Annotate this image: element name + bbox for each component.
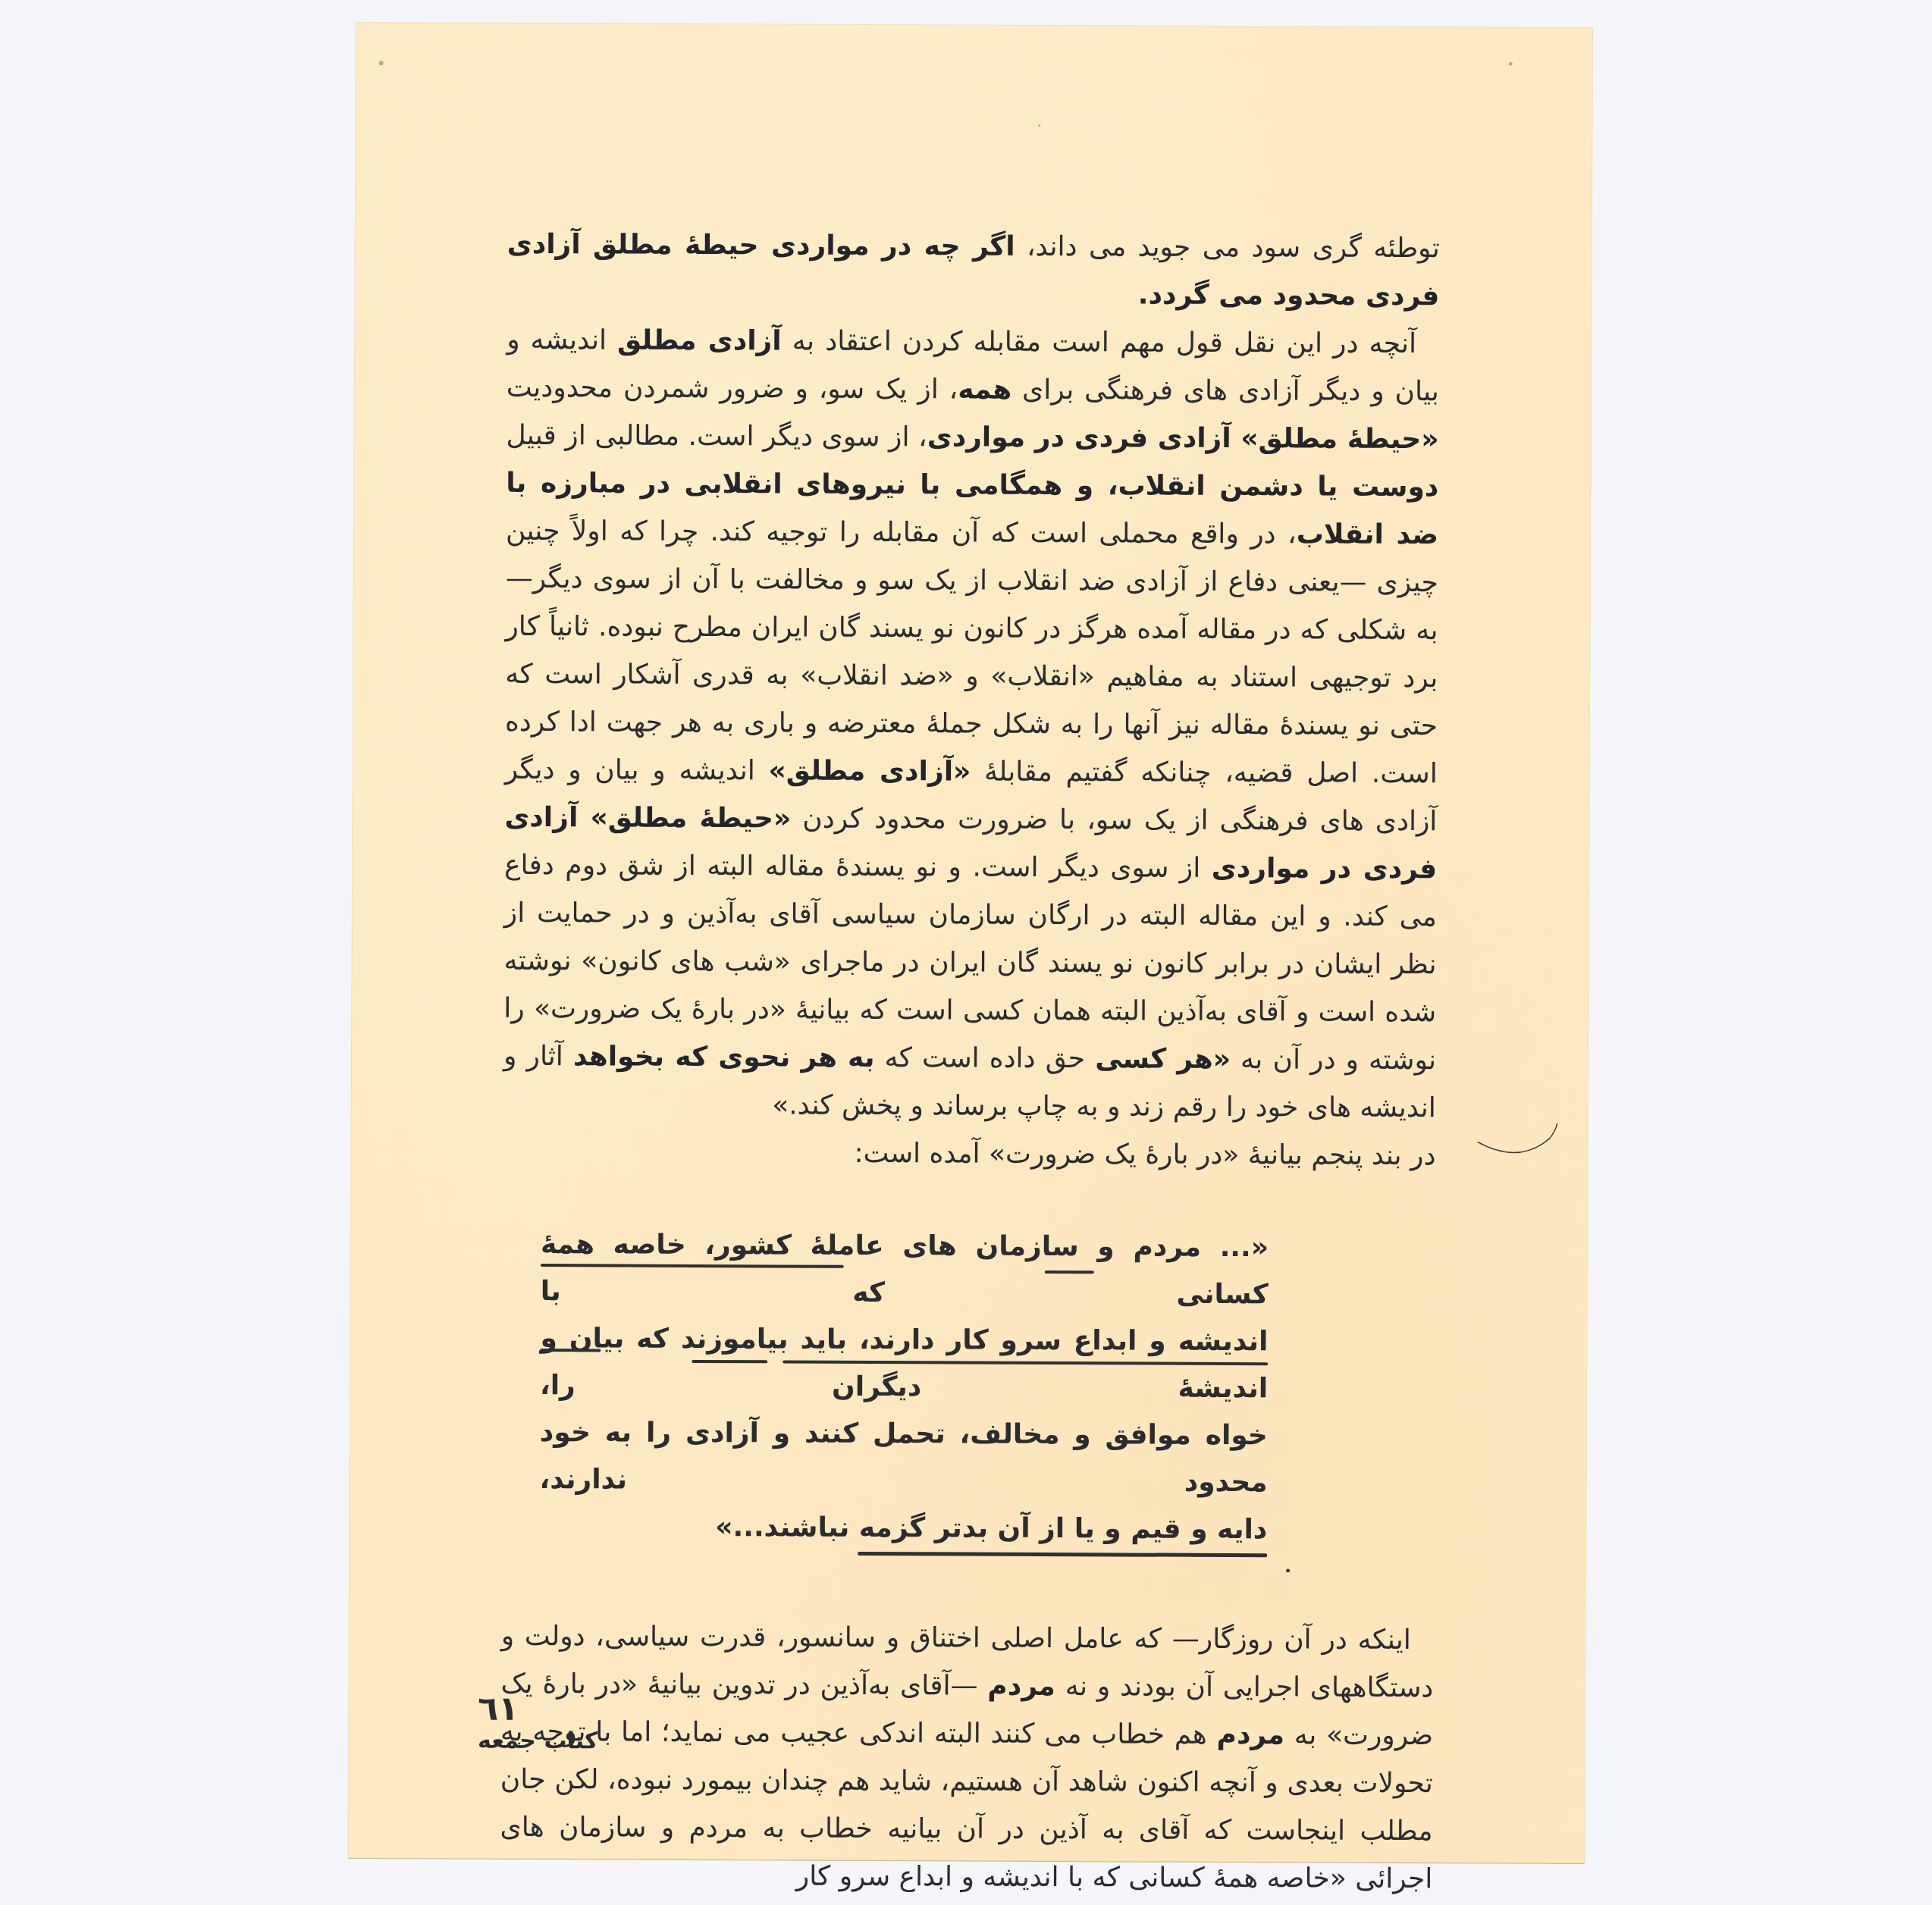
bold-run: همه bbox=[958, 374, 1011, 405]
paragraph-3: اینکه در آن روزگار— که عامل اصلی اختناق … bbox=[500, 1612, 1434, 1903]
bold-run: مردم bbox=[1216, 1719, 1284, 1750]
text-run: ، از یک سو، و ضرور شمردن محدودیت bbox=[507, 372, 958, 406]
quote-line-4: دایه و قیم و یا از آن بدتر گزمه نباشند..… bbox=[539, 1503, 1267, 1553]
bold-run: «آزادی مطلق» bbox=[768, 755, 971, 787]
text-run: ، از سوی دیگر است. مطالبی از قبیل bbox=[507, 420, 927, 453]
bold-run: «هر کسی bbox=[1095, 1043, 1231, 1075]
paragraph-2: آنچه در این نقل قول مهم است مقابله کردن … bbox=[503, 316, 1440, 1132]
publication-title: کتاب جمعه bbox=[478, 1728, 598, 1756]
hand-underline bbox=[1045, 1271, 1094, 1274]
stray-dot-mark bbox=[501, 1550, 1434, 1600]
bold-run: «حیطهٔ مطلق» آزادی فردی در مواردی bbox=[927, 421, 1439, 455]
hand-underline bbox=[783, 1360, 1268, 1365]
bold-run: به هر نحوی که بخواهد bbox=[573, 1041, 875, 1073]
hair-fiber-mark bbox=[1473, 1119, 1564, 1165]
text-run: آنچه در این نقل قول مهم است مقابله کردن … bbox=[782, 325, 1417, 359]
paragraph-1-lead: توطئه گری سود می جوید می داند، bbox=[1015, 231, 1440, 264]
page-footer: ٦١ کتاب جمعه bbox=[478, 1691, 598, 1756]
text-run: ، در واقع محملی است که آن مقابله را توجی… bbox=[505, 515, 1438, 789]
block-quote: «... مردم و سازمان های عاملهٔ کشور، خاصه… bbox=[539, 1221, 1269, 1553]
quote-line-2: اندیشه و ابداع سرو کار دارند، باید بیامو… bbox=[540, 1315, 1269, 1412]
hand-underline bbox=[541, 1264, 844, 1268]
page-body: توطئه گری سود می جوید می داند، اگر چه در… bbox=[500, 221, 1440, 1903]
page-number: ٦١ bbox=[478, 1691, 598, 1728]
text-run: حق داده است که bbox=[874, 1042, 1095, 1074]
quote-line-text: «... مردم و سازمان های عاملهٔ کشور، خاصه… bbox=[541, 1229, 1269, 1310]
quote-line-text: دایه و قیم و یا از آن بدتر گزمه نباشند..… bbox=[715, 1512, 1267, 1545]
paper-speck bbox=[1509, 62, 1513, 66]
quote-line-text: خواه موافق و مخالف، تحمل کنند و آزادی را… bbox=[540, 1417, 1268, 1498]
paragraph-1: توطئه گری سود می جوید می داند، اگر چه در… bbox=[507, 221, 1440, 320]
paper-speck bbox=[379, 61, 384, 65]
hand-underline bbox=[540, 1349, 601, 1352]
quote-intro: در بند پنجم بیانیهٔ «در بارهٔ یک ضرورت» … bbox=[503, 1128, 1435, 1180]
scanned-page: توطئه گری سود می جوید می داند، اگر چه در… bbox=[348, 23, 1592, 1863]
paper-speck bbox=[1038, 124, 1040, 127]
quote-line-3: خواه موافق و مخالف، تحمل کنند و آزادی را… bbox=[539, 1409, 1268, 1506]
quote-line-1: «... مردم و سازمان های عاملهٔ کشور، خاصه… bbox=[541, 1221, 1269, 1318]
bold-run: مردم bbox=[987, 1671, 1055, 1702]
hand-underline bbox=[692, 1360, 767, 1363]
bold-run: آزادی مطلق bbox=[617, 325, 782, 357]
